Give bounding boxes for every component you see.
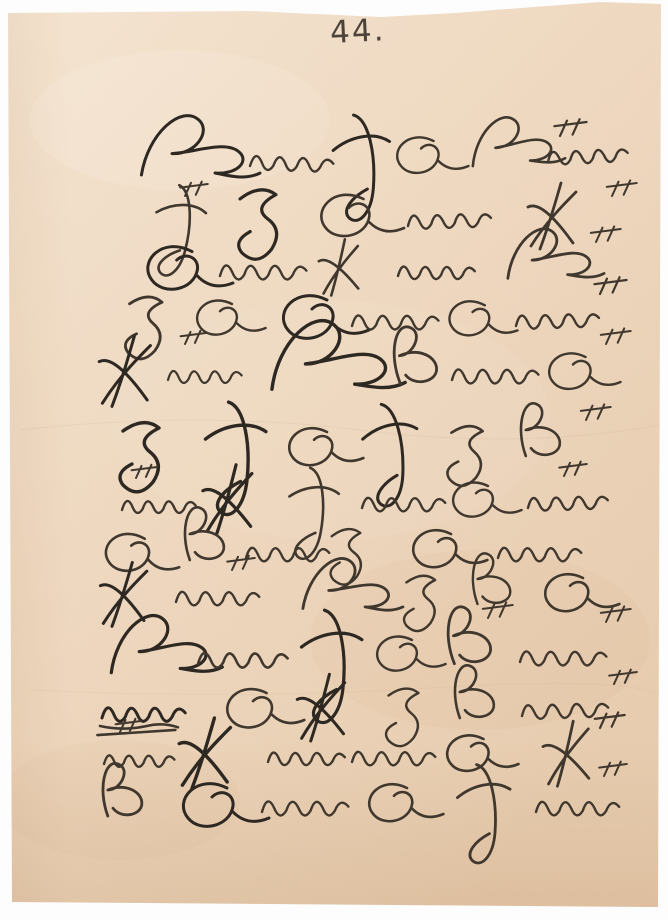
manuscript-scan-svg: 44. [0, 0, 668, 920]
page-number: 44. [329, 12, 386, 51]
paper-texture [0, 0, 668, 920]
manuscript-scan-page: 44. [0, 0, 668, 920]
